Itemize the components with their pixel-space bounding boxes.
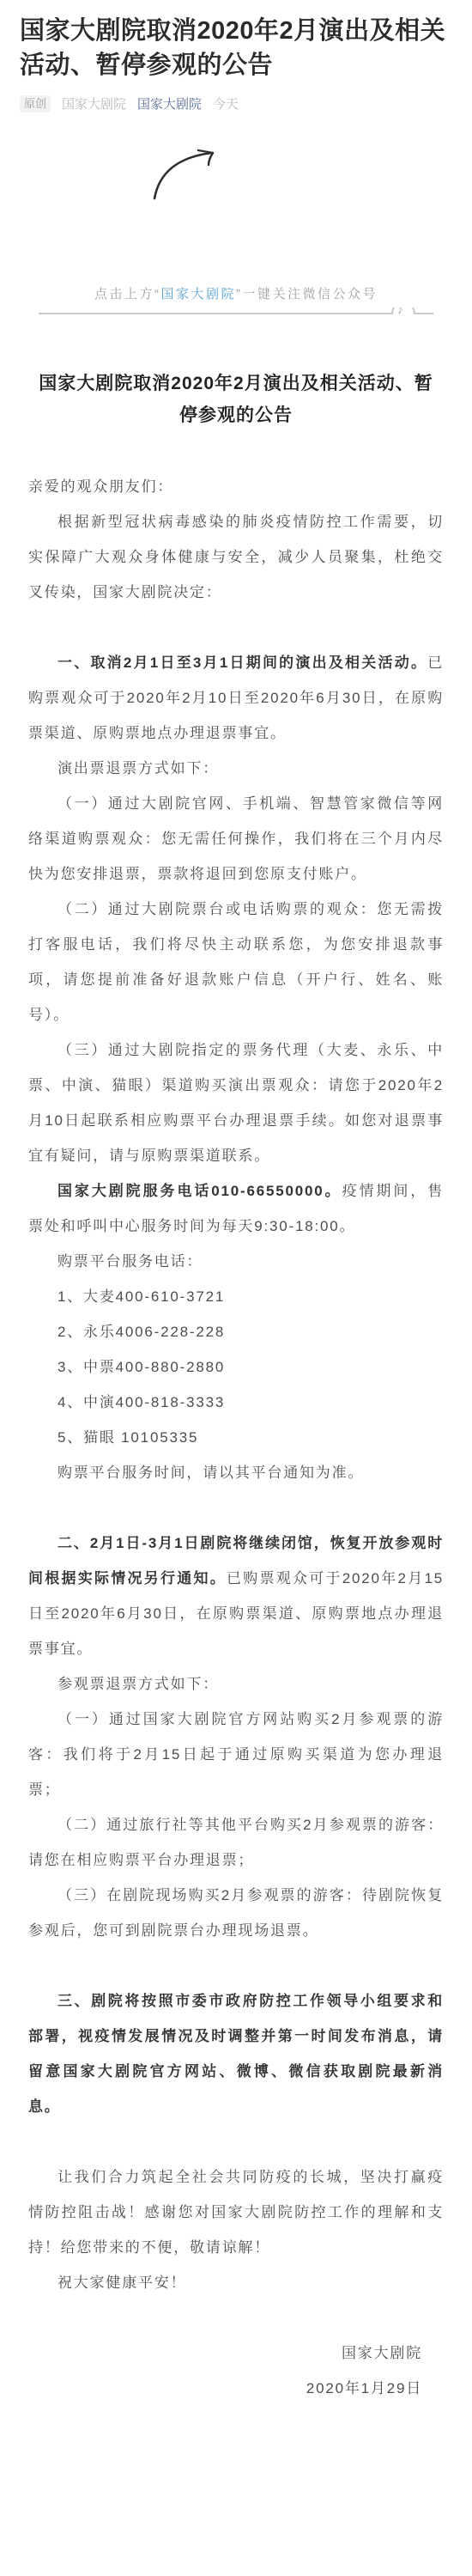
section2-item1: （一）通过国家大剧院官方网站购买2月参观票的游客：我们将于2月15日起于通过原购…: [28, 1702, 444, 1807]
paragraph-gap: [28, 1948, 444, 1983]
section3-lead: 三、剧院将按照市委市政府防控工作领导小组要求和部署，视疫情发展情况及时调整并第一…: [28, 1993, 444, 2115]
banner-suffix: ”一键关注微信公众号: [236, 287, 378, 301]
signature-block: 国家大剧院 2020年1月29日: [28, 2335, 444, 2406]
divider-with-swan-note-icon: ♪: [39, 308, 433, 328]
section1-paragraph: 一、取消2月1日至3月1日期间的演出及相关活动。已购票观众可于2020年2月10…: [28, 645, 444, 751]
section1-item3: （三）通过大剧院指定的票务代理（大麦、永乐、中票、中演、猫眼）渠道购买演出票观众…: [28, 1032, 444, 1173]
section1-lead: 一、取消2月1日至3月1日期间的演出及相关活动。: [57, 655, 427, 671]
section1-refund-title: 演出票退票方式如下：: [28, 751, 444, 786]
closing-paragraph-2: 祝大家健康平安！: [28, 2265, 444, 2300]
platform-phones-title: 购票平台服务电话：: [28, 1244, 444, 1279]
section1-item1: （一）通过大剧院官网、手机端、智慧管家微信等网络渠道购票观众：您无需任何操作，我…: [28, 786, 444, 892]
section1-item2: （二）通过大剧院票台或电话购票的观众：您无需拨打客服电话，我们将尽快主动联系您，…: [28, 892, 444, 1032]
section2-refund-title: 参观票退票方式如下：: [28, 1666, 444, 1702]
page-title: 国家大剧院取消2020年2月演出及相关活动、暂停参观的公告: [20, 14, 452, 82]
curved-arrow-icon: [150, 149, 472, 202]
paragraph-gap: [28, 2300, 444, 2335]
article-heading: 国家大剧院取消2020年2月演出及相关活动、暂停参观的公告: [34, 368, 438, 431]
section2-paragraph: 二、2月1日-3月1日剧院将继续闭馆，恢复开放参观时间根据实际情况另行通知。已购…: [28, 1526, 444, 1666]
section3-paragraph: 三、剧院将按照市委市政府防控工作领导小组要求和部署，视疫情发展情况及时调整并第一…: [28, 1983, 444, 2124]
banner-prefix: 点击上方“: [94, 287, 161, 301]
hotline-paragraph: 国家大剧院服务电话010-66550000。疫情期间，售票处和呼叫中心服务时间为…: [28, 1173, 444, 1244]
article-header: 国家大剧院取消2020年2月演出及相关活动、暂停参观的公告 原创 国家大剧院 国…: [0, 0, 472, 113]
account-link[interactable]: 国家大剧院: [137, 94, 202, 113]
section2-item2: （二）通过旅行社等其他平台购买2月参观票的游客：请您在相应购票平台办理退票；: [28, 1807, 444, 1878]
original-badge: 原创: [20, 95, 51, 113]
article-body: 亲爱的观众朋友们： 根据新型冠状病毒感染的肺炎疫情防控工作需要，切实保障广大观众…: [0, 469, 472, 2432]
svg-text:♪: ♪: [395, 308, 405, 318]
signature-date: 2020年1月29日: [28, 2371, 422, 2406]
phone-list-item: 4、中演400-818-3333: [28, 1385, 444, 1420]
publish-date: 今天: [213, 94, 239, 113]
intro-paragraph: 根据新型冠状病毒感染的肺炎疫情防控工作需要，切实保障广大观众身体健康与安全，减少…: [28, 504, 444, 610]
phone-list-item: 2、永乐4006-228-228: [28, 1314, 444, 1349]
author-name: 国家大剧院: [62, 94, 126, 113]
phone-list-item: 5、猫眼 10105335: [28, 1420, 444, 1455]
paragraph-gap: [28, 1490, 444, 1526]
closing-paragraph-1: 让我们合力筑起全社会共同防疫的长城，坚决打赢疫情防控阻击战！感谢您对国家大剧院防…: [28, 2159, 444, 2265]
phone-list-item: 1、大麦400-610-3721: [28, 1279, 444, 1314]
paragraph-gap: [28, 2124, 444, 2159]
banner-account-name[interactable]: 国家大剧院: [160, 287, 236, 301]
salutation: 亲爱的观众朋友们：: [28, 469, 444, 504]
byline: 原创 国家大剧院 国家大剧院 今天: [20, 94, 452, 113]
follow-banner: 点击上方“国家大剧院”一键关注微信公众号: [0, 284, 472, 302]
signature-name: 国家大剧院: [28, 2335, 422, 2371]
phone-list-item: 3、中票400-880-2880: [28, 1349, 444, 1385]
paragraph-gap: [28, 610, 444, 645]
hotline-number: 国家大剧院服务电话010-66550000。: [57, 1183, 342, 1199]
section2-item3: （三）在剧院现场购买2月参观票的游客：待剧院恢复参观后，您可到剧院票台办理现场退…: [28, 1878, 444, 1948]
platform-note: 购票平台服务时间，请以其平台通知为准。: [28, 1455, 444, 1490]
